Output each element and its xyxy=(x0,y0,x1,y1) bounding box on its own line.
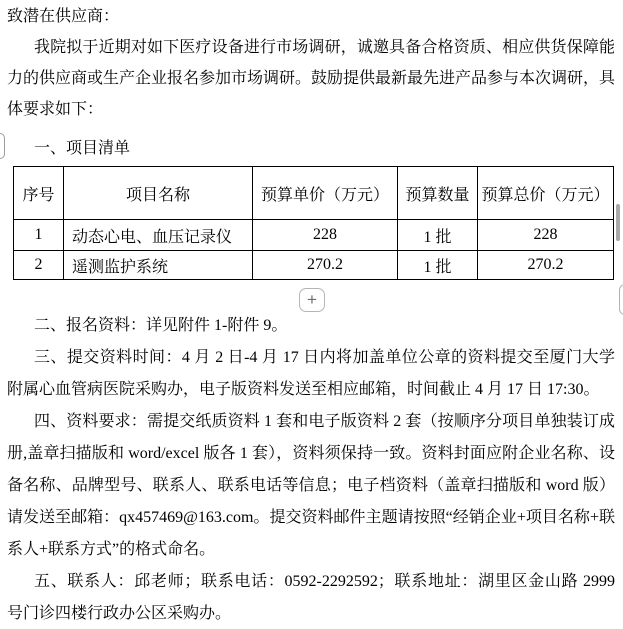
cell-index[interactable]: 2 xyxy=(14,251,64,280)
header-quantity[interactable]: 预算数量 xyxy=(398,167,478,220)
section5-paragraph: 五、联系人：邱老师；联系电话：0592-2292592；联系地址：湖里区金山路 … xyxy=(7,566,615,629)
plus-icon: + xyxy=(307,290,317,309)
table-row: 1 动态心电、血压记录仪 228 1 批 228 xyxy=(14,220,614,251)
header-total-price[interactable]: 预算总价（万元） xyxy=(478,167,614,220)
cell-index[interactable]: 1 xyxy=(14,220,64,251)
document-lower-text: 二、报名资料：详见附件 1-附件 9。 三、提交资料时间：4 月 2 日-4 月… xyxy=(7,310,615,629)
cell-total-price[interactable]: 228 xyxy=(478,220,614,251)
section4-paragraph: 四、资料要求：需提交纸质资料 1 套和电子版资料 2 套（按顺序分项目单独装订成… xyxy=(7,406,615,566)
left-edge-partial-button[interactable] xyxy=(0,133,5,159)
scrollbar-thumb[interactable] xyxy=(616,204,620,241)
document-page: 致潜在供应商： 我院拟于近期对如下医疗设备进行市场调研，诚邀具备合格资质、相应供… xyxy=(0,0,623,629)
add-row-button[interactable]: + xyxy=(299,288,325,312)
section1-heading: 一、项目清单 xyxy=(7,133,615,164)
cell-quantity[interactable]: 1 批 xyxy=(398,251,478,280)
cell-unit-price[interactable]: 270.2 xyxy=(253,251,398,280)
cell-total-price[interactable]: 270.2 xyxy=(478,251,614,280)
project-list-table: 序号 项目名称 预算单价（万元） 预算数量 预算总价（万元） 1 动态心电、血压… xyxy=(13,166,614,280)
header-unit-price[interactable]: 预算单价（万元） xyxy=(253,167,398,220)
salutation: 致潜在供应商： xyxy=(7,1,615,32)
section2-paragraph: 二、报名资料：详见附件 1-附件 9。 xyxy=(7,310,615,342)
cell-item-name[interactable]: 动态心电、血压记录仪 xyxy=(64,220,253,251)
table-row: 2 遥测监护系统 270.2 1 批 270.2 xyxy=(14,251,614,280)
document-upper-text: 致潜在供应商： 我院拟于近期对如下医疗设备进行市场调研，诚邀具备合格资质、相应供… xyxy=(7,1,615,164)
right-edge-partial-button[interactable] xyxy=(619,284,623,315)
intro-paragraph: 我院拟于近期对如下医疗设备进行市场调研，诚邀具备合格资质、相应供货保障能力的供应… xyxy=(7,32,615,125)
section3-paragraph: 三、提交资料时间：4 月 2 日-4 月 17 日内将加盖单位公章的资料提交至厦… xyxy=(7,342,615,406)
table-header-row: 序号 项目名称 预算单价（万元） 预算数量 预算总价（万元） xyxy=(14,167,614,220)
cell-item-name[interactable]: 遥测监护系统 xyxy=(64,251,253,280)
header-index[interactable]: 序号 xyxy=(14,167,64,220)
header-item-name[interactable]: 项目名称 xyxy=(64,167,253,220)
cell-unit-price[interactable]: 228 xyxy=(253,220,398,251)
cell-quantity[interactable]: 1 批 xyxy=(398,220,478,251)
